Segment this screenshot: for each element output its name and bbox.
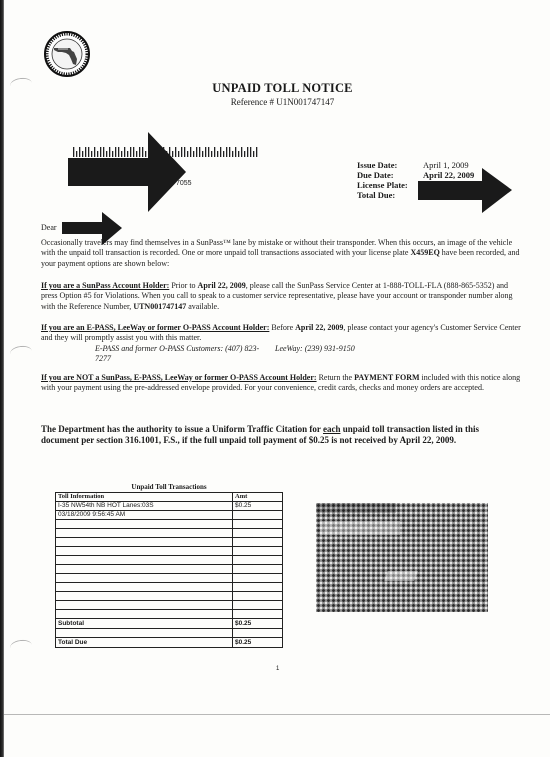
redaction-arrow-icon [68, 132, 186, 212]
redaction-overlay [0, 0, 550, 757]
redaction-arrow-icon [62, 212, 122, 245]
redaction-arrow-icon [418, 168, 512, 213]
